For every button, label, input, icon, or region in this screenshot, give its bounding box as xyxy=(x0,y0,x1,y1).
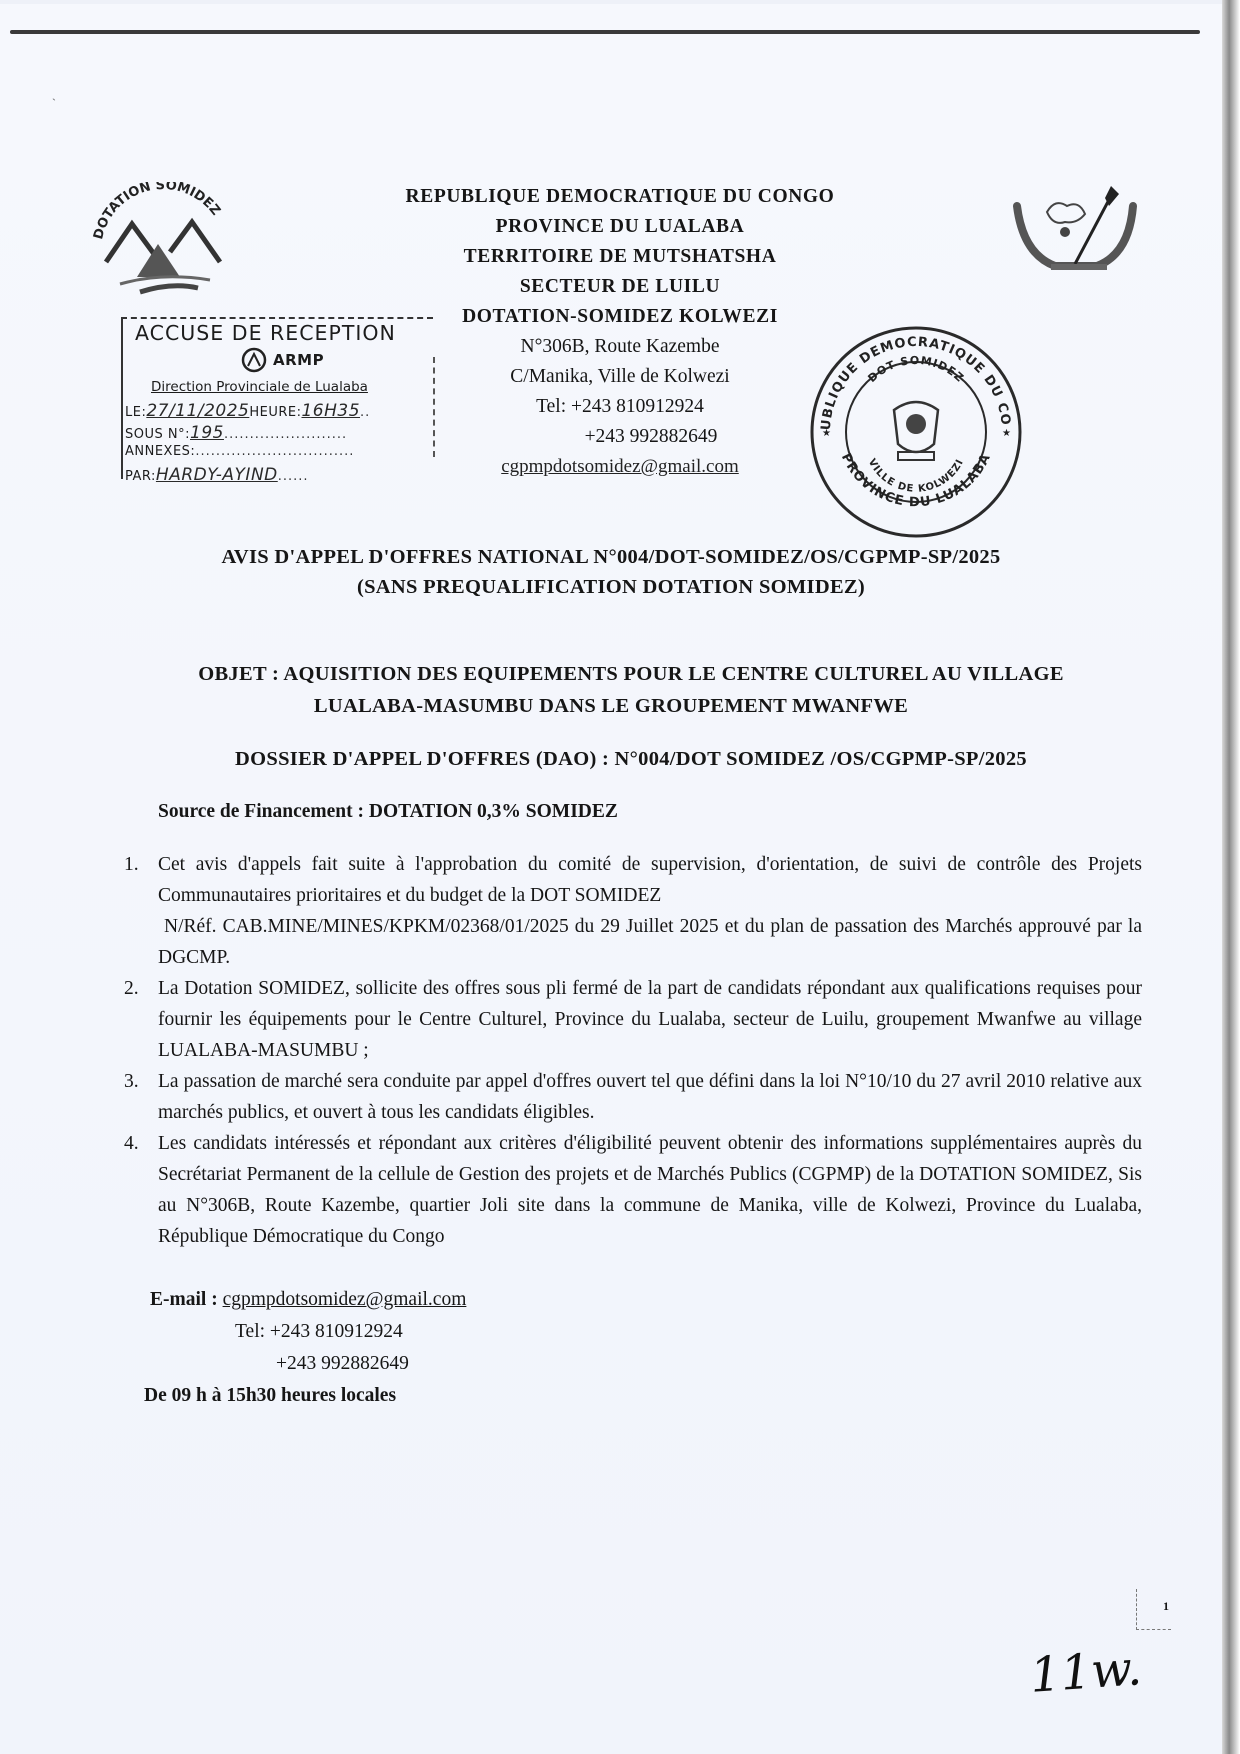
header-line: PROVINCE DU LUALABA xyxy=(400,212,840,242)
stamp-direction: Direction Provinciale de Lualaba xyxy=(151,379,368,395)
stamp-border xyxy=(121,319,123,479)
stamp-annexes-row: ANNEXES:............................... xyxy=(125,444,354,459)
stamp-par-row: PAR:HARDY-AYIND...... xyxy=(125,465,309,485)
tel-line: Tel: +243 810912924 xyxy=(400,392,840,422)
stamp-heure-label: HEURE: xyxy=(249,405,301,420)
stamp-number-row: SOUS N°:195........................ xyxy=(125,423,347,443)
scan-edge xyxy=(1222,0,1240,1754)
list-item: 2. La Dotation SOMIDEZ, sollicite des of… xyxy=(124,973,1142,1066)
stamp-date-row: LE:27/11/2025HEURE:16H35.. xyxy=(125,401,370,421)
item-text: Les candidats intéressés et répondant au… xyxy=(158,1128,1142,1252)
svg-text:★: ★ xyxy=(822,428,831,439)
armp-name: ARMP xyxy=(273,351,324,369)
stamp-border xyxy=(121,317,433,319)
svg-text:★: ★ xyxy=(1002,428,1011,439)
handwritten-initials: 11w. xyxy=(1028,1640,1143,1704)
stamp-le-label: LE: xyxy=(125,405,146,420)
item-text: Cet avis d'appels fait suite à l'approba… xyxy=(158,854,1142,906)
scan-mark: ` xyxy=(52,96,56,111)
stamp-border xyxy=(433,357,435,457)
stamp-par-label: PAR: xyxy=(125,469,156,484)
armp-logo: ARMP xyxy=(241,347,324,373)
notice-subtitle: (SANS PREQUALIFICATION DOTATION SOMIDEZ) xyxy=(0,572,1222,602)
notice-title: AVIS D'APPEL D'OFFRES NATIONAL N°004/DOT… xyxy=(0,542,1222,572)
funding-source: Source de Financement : DOTATION 0,3% SO… xyxy=(158,801,618,823)
object-line: OBJET : AQUISITION DES EQUIPEMENTS POUR … xyxy=(20,659,1240,689)
office-hours: De 09 h à 15h30 heures locales xyxy=(144,1380,466,1412)
page-marker-box: 1 xyxy=(1136,1589,1171,1630)
contact-tel: +243 992882649 xyxy=(150,1348,466,1380)
somidez-logo-icon: DOTATION SOMIDEZ xyxy=(92,182,232,297)
page-marker: 1 xyxy=(1163,1599,1169,1614)
stamp-sous-label: SOUS N°: xyxy=(125,427,190,442)
item-text: La passation de marché sera conduite par… xyxy=(158,1066,1142,1128)
top-rule xyxy=(10,30,1200,34)
stamp-heure-value: 16H35 xyxy=(301,401,360,421)
item-number: 4. xyxy=(124,1128,158,1252)
document-page: ` DOTATION SOMIDEZ REPUBLIQUE DEMOCRATIQ… xyxy=(0,4,1222,1754)
email-label: E-mail : xyxy=(150,1289,218,1310)
tel-line: +243 992882649 xyxy=(400,422,840,452)
header-line: SECTEUR DE LUILU xyxy=(400,272,840,302)
svg-text:DOTATION SOMIDEZ: DOTATION SOMIDEZ xyxy=(92,182,223,241)
header-line: TERRITOIRE DE MUTSHATSHA xyxy=(400,242,840,272)
letterhead: REPUBLIQUE DEMOCRATIQUE DU CONGO PROVINC… xyxy=(400,182,840,482)
address-line: C/Manika, Ville de Kolwezi xyxy=(400,362,840,392)
logo-text: DOTATION SOMIDEZ xyxy=(92,182,223,241)
contact-tel: Tel: +243 810912924 xyxy=(150,1316,466,1348)
list-item: 3. La passation de marché sera conduite … xyxy=(124,1066,1142,1128)
item-number: 1. xyxy=(124,849,158,973)
reception-stamp: ACCUSE DE RECEPTION ARMP Direction Provi… xyxy=(121,317,439,487)
address-line: N°306B, Route Kazembe xyxy=(400,332,840,362)
header-line: REPUBLIQUE DEMOCRATIQUE DU CONGO xyxy=(400,182,840,212)
stamp-par-value: HARDY-AYIND xyxy=(156,465,278,485)
stamp-sous-value: 195 xyxy=(190,423,224,443)
armp-logo-icon xyxy=(241,347,267,373)
item-text: La Dotation SOMIDEZ, sollicite des offre… xyxy=(158,973,1142,1066)
stamp-title: ACCUSE DE RECEPTION xyxy=(135,321,396,345)
item-reference: N/Réf. CAB.MINE/MINES/KPKM/02368/01/2025… xyxy=(158,916,1142,968)
official-seal-icon: REPUBLIQUE DEMOCRATIQUE DU CONGO PROVINC… xyxy=(808,324,1024,540)
stamp-annexes-label: ANNEXES: xyxy=(125,444,195,459)
seal-inner-top-text: DOT SOMIDEZ xyxy=(865,354,966,385)
list-item: 1. Cet avis d'appels fait suite à l'appr… xyxy=(124,849,1142,973)
header-email-link[interactable]: cgpmpdotsomidez@gmail.com xyxy=(400,452,840,482)
contact-block: E-mail : cgpmpdotsomidez@gmail.com Tel: … xyxy=(150,1284,466,1412)
contact-email-link[interactable]: cgpmpdotsomidez@gmail.com xyxy=(223,1289,467,1310)
drc-coat-of-arms-icon xyxy=(1005,184,1145,279)
object-line: LUALABA-MASUMBU DANS LE GROUPEMENT MWANF… xyxy=(0,691,1222,721)
svg-text:REPUBLIQUE DEMOCRATIQUE DU CON: REPUBLIQUE DEMOCRATIQUE DU CONGO xyxy=(808,324,1013,431)
seal-outer-top-text: REPUBLIQUE DEMOCRATIQUE DU CONGO xyxy=(808,324,1013,431)
svg-text:DOT SOMIDEZ: DOT SOMIDEZ xyxy=(865,354,966,385)
header-line: DOTATION-SOMIDEZ KOLWEZI xyxy=(400,302,840,332)
stamp-le-value: 27/11/2025 xyxy=(146,401,249,421)
item-number: 2. xyxy=(124,973,158,1066)
list-item: 4. Les candidats intéressés et répondant… xyxy=(124,1128,1142,1252)
notice-items: 1. Cet avis d'appels fait suite à l'appr… xyxy=(124,849,1142,1252)
dao-reference: DOSSIER D'APPEL D'OFFRES (DAO) : N°004/D… xyxy=(20,744,1240,774)
item-number: 3. xyxy=(124,1066,158,1128)
